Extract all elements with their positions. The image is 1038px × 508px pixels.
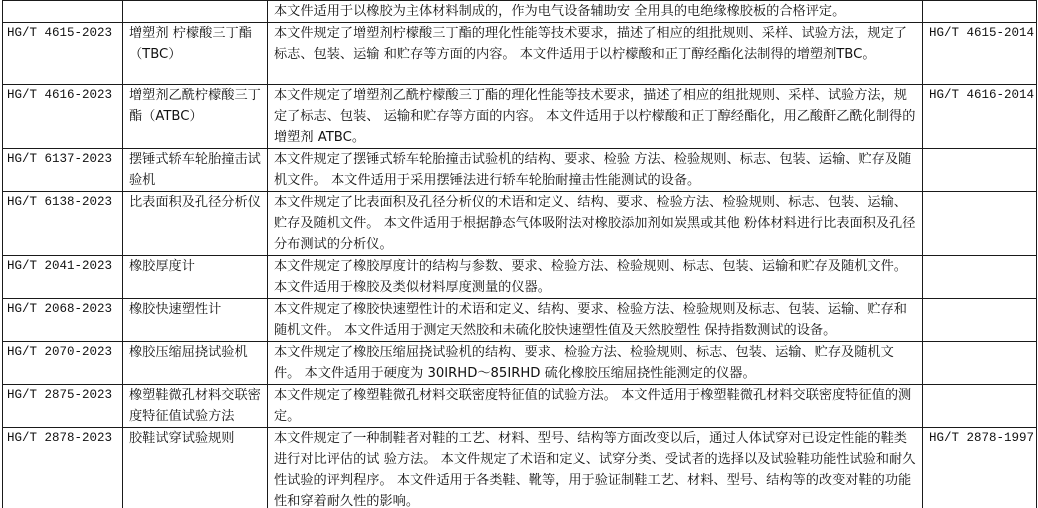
table-row: HG/T 4616-2023 增塑剂乙酰柠檬酸三丁酯（ATBC） 本文件规定了增…	[3, 85, 1037, 149]
standards-table: 本文件适用于以橡胶为主体材料制成的，作为电气设备辅助安 全用具的电绝缘橡胶板的合…	[2, 0, 1037, 508]
standard-code-cell: HG/T 6137-2023	[3, 149, 123, 192]
table-row: HG/T 2875-2023 橡塑鞋微孔材料交联密度特征值试验方法 本文件规定了…	[3, 385, 1037, 428]
table-row: HG/T 2070-2023 橡胶压缩屈挠试验机 本文件规定了橡胶压缩屈挠试验机…	[3, 342, 1037, 385]
standard-code-cell: HG/T 2875-2023	[3, 385, 123, 428]
standard-description-cell: 本文件适用于以橡胶为主体材料制成的，作为电气设备辅助安 全用具的电绝缘橡胶板的合…	[268, 1, 923, 23]
table-row: HG/T 2068-2023 橡胶快速塑性计 本文件规定了橡胶快速塑性计的术语和…	[3, 299, 1037, 342]
table-row: HG/T 6137-2023 摆锤式轿车轮胎撞击试验机 本文件规定了摆锤式轿车轮…	[3, 149, 1037, 192]
standards-table-body: 本文件适用于以橡胶为主体材料制成的，作为电气设备辅助安 全用具的电绝缘橡胶板的合…	[3, 1, 1037, 508]
replaced-standard-cell: HG/T 4615-2014	[923, 23, 1037, 85]
standard-name-cell: 胶鞋试穿试验规则	[123, 428, 268, 508]
standard-name-cell: 橡胶厚度计	[123, 256, 268, 299]
standard-name-cell: 橡塑鞋微孔材料交联密度特征值试验方法	[123, 385, 268, 428]
standard-description-cell: 本文件规定了增塑剂乙酰柠檬酸三丁酯的理化性能等技术要求，描述了相应的组批规则、采…	[268, 85, 923, 149]
standard-code-cell: HG/T 2041-2023	[3, 256, 123, 299]
standard-name-cell: 比表面积及孔径分析仪	[123, 192, 268, 256]
replaced-standard-cell	[923, 1, 1037, 23]
standard-code-cell: HG/T 2878-2023	[3, 428, 123, 508]
standard-description-cell: 本文件规定了一种制鞋者对鞋的工艺、材料、型号、结构等方面改变以后，通过人体试穿对…	[268, 428, 923, 508]
standard-description-cell: 本文件规定了橡胶快速塑性计的术语和定义、结构、要求、检验方法、检验规则及标志、包…	[268, 299, 923, 342]
standard-code-cell: HG/T 2070-2023	[3, 342, 123, 385]
standard-code-cell: HG/T 2068-2023	[3, 299, 123, 342]
replaced-standard-cell	[923, 192, 1037, 256]
standard-code-cell	[3, 1, 123, 23]
standard-name-cell: 橡胶快速塑性计	[123, 299, 268, 342]
standard-code-cell: HG/T 4615-2023	[3, 23, 123, 85]
standard-name-cell: 橡胶压缩屈挠试验机	[123, 342, 268, 385]
standard-name-cell	[123, 1, 268, 23]
replaced-standard-cell	[923, 299, 1037, 342]
table-row: HG/T 2041-2023 橡胶厚度计 本文件规定了橡胶厚度计的结构与参数、要…	[3, 256, 1037, 299]
standard-name-cell: 摆锤式轿车轮胎撞击试验机	[123, 149, 268, 192]
standard-name-cell: 增塑剂 柠檬酸三丁酯 （TBC）	[123, 23, 268, 85]
standard-description-cell: 本文件规定了橡胶厚度计的结构与参数、要求、检验方法、检验规则、标志、包装、运输和…	[268, 256, 923, 299]
standard-description-cell: 本文件规定了增塑剂柠檬酸三丁酯的理化性能等技术要求，描述了相应的组批规则、采样、…	[268, 23, 923, 85]
standard-description-cell: 本文件规定了摆锤式轿车轮胎撞击试验机的结构、要求、检验 方法、检验规则、标志、包…	[268, 149, 923, 192]
replaced-standard-cell	[923, 342, 1037, 385]
replaced-standard-cell	[923, 385, 1037, 428]
standard-code-cell: HG/T 6138-2023	[3, 192, 123, 256]
standard-description-cell: 本文件规定了橡塑鞋微孔材料交联密度特征值的试验方法。 本文件适用于橡塑鞋微孔材料…	[268, 385, 923, 428]
replaced-standard-cell: HG/T 4616-2014	[923, 85, 1037, 149]
replaced-standard-cell	[923, 149, 1037, 192]
standard-description-cell: 本文件规定了比表面积及孔径分析仪的术语和定义、结构、要求、检验方法、检验规则、标…	[268, 192, 923, 256]
standard-code-cell: HG/T 4616-2023	[3, 85, 123, 149]
standard-name-cell: 增塑剂乙酰柠檬酸三丁酯（ATBC）	[123, 85, 268, 149]
replaced-standard-cell: HG/T 2878-1997	[923, 428, 1037, 508]
table-row: HG/T 4615-2023 增塑剂 柠檬酸三丁酯 （TBC） 本文件规定了增塑…	[3, 23, 1037, 85]
standard-description-cell: 本文件规定了橡胶压缩屈挠试验机的结构、要求、检验方法、检验规则、标志、包装、运输…	[268, 342, 923, 385]
table-row: 本文件适用于以橡胶为主体材料制成的，作为电气设备辅助安 全用具的电绝缘橡胶板的合…	[3, 1, 1037, 23]
table-row: HG/T 6138-2023 比表面积及孔径分析仪 本文件规定了比表面积及孔径分…	[3, 192, 1037, 256]
table-row: HG/T 2878-2023 胶鞋试穿试验规则 本文件规定了一种制鞋者对鞋的工艺…	[3, 428, 1037, 508]
replaced-standard-cell	[923, 256, 1037, 299]
